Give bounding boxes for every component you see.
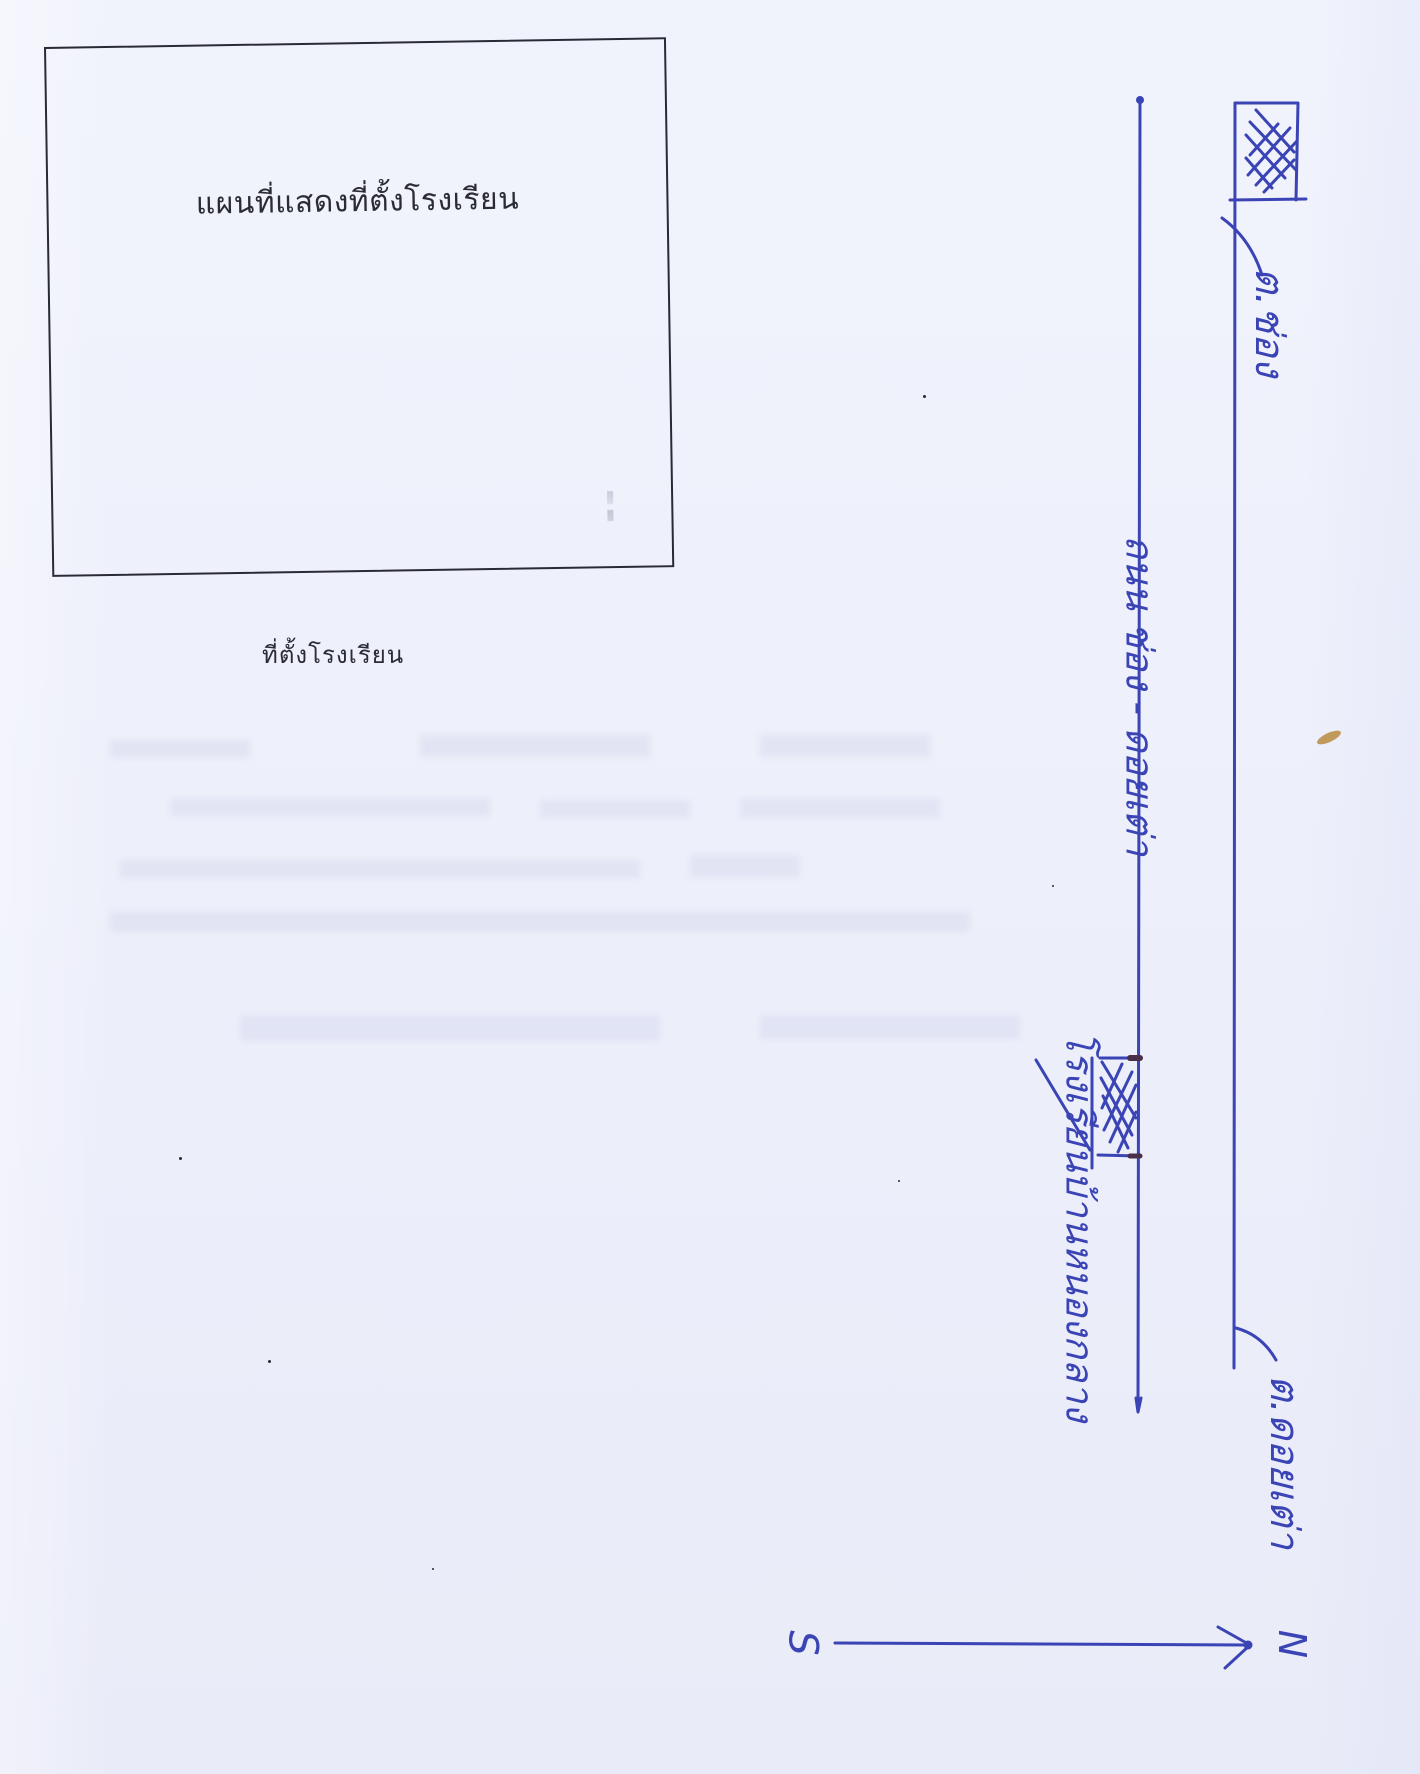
district-north-label: ต.ช่อง <box>1238 232 1302 412</box>
scan-speck <box>179 1157 182 1160</box>
compass-south-label: S <box>780 1630 826 1655</box>
school-name-label: โรงเรียนบ้านหนองกลาง <box>1050 1031 1111 1411</box>
scan-speck <box>898 1180 900 1182</box>
scan-speck <box>268 1360 271 1363</box>
district-north-marker <box>1230 103 1306 200</box>
scan-speck <box>923 395 926 398</box>
road-line-east <box>1234 103 1235 1368</box>
compass-north-label: N <box>1270 1630 1314 1658</box>
sketch-map <box>0 0 1420 1774</box>
road-name-label: ถนน ช่อง - ดอยเต่า <box>1110 456 1171 936</box>
scan-speck <box>432 1568 434 1570</box>
compass-arrow <box>835 1627 1251 1668</box>
district-south-label: ต.ดอยเต่า <box>1253 1352 1317 1572</box>
scan-speck <box>1052 885 1054 887</box>
